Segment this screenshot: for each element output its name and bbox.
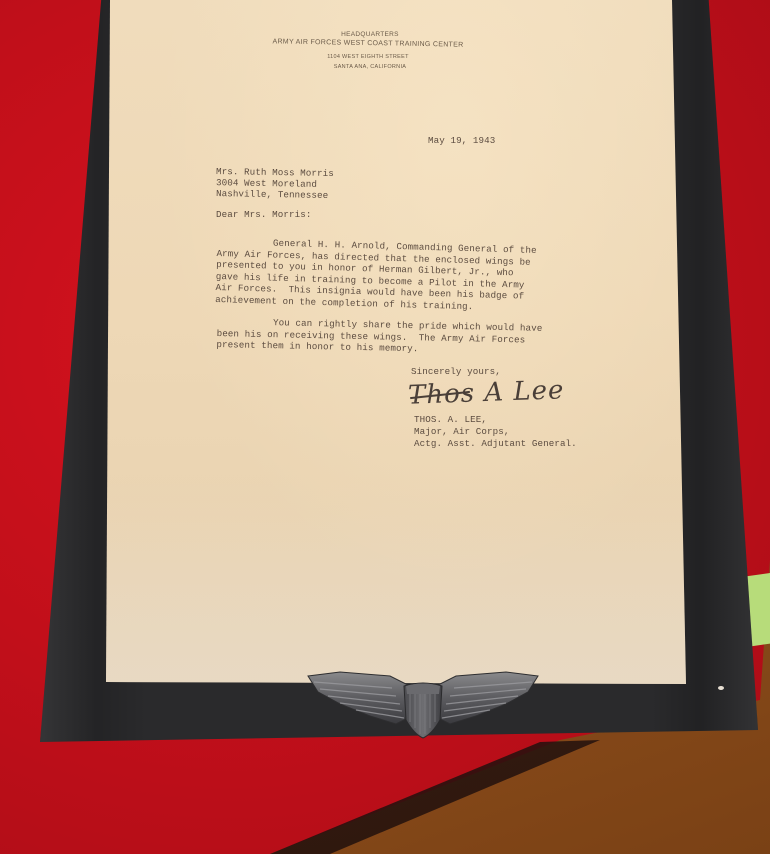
paragraph-1: General H. H. Arnold, Commanding General…	[215, 236, 537, 314]
frame-scuff	[718, 686, 724, 690]
signer-rank: Major, Air Corps,	[414, 426, 509, 437]
letterhead-line-1: HEADQUARTERS	[340, 31, 400, 38]
signer-name: THOS. A. LEE,	[414, 414, 487, 425]
salutation: Dear Mrs. Morris:	[216, 210, 311, 221]
paragraph-2: You can rightly share the pride which wo…	[216, 316, 542, 358]
pilot-wings-icon	[300, 664, 546, 744]
letter-date: May 19, 1943	[428, 135, 495, 146]
signer-title: Actg. Asst. Adjutant General.	[414, 438, 577, 449]
signature: Thos A Lee	[408, 375, 565, 410]
letterhead-line-3: 1104 WEST EIGHTH STREET	[318, 54, 418, 60]
closing: Sincerely yours,	[411, 366, 501, 377]
photo-scene: HEADQUARTERS ARMY AIR FORCES WEST COAST …	[0, 0, 770, 854]
letterhead-line-4: SANTA ANA, CALIFORNIA	[320, 64, 420, 70]
recipient-city: Nashville, Tennessee	[216, 189, 328, 201]
